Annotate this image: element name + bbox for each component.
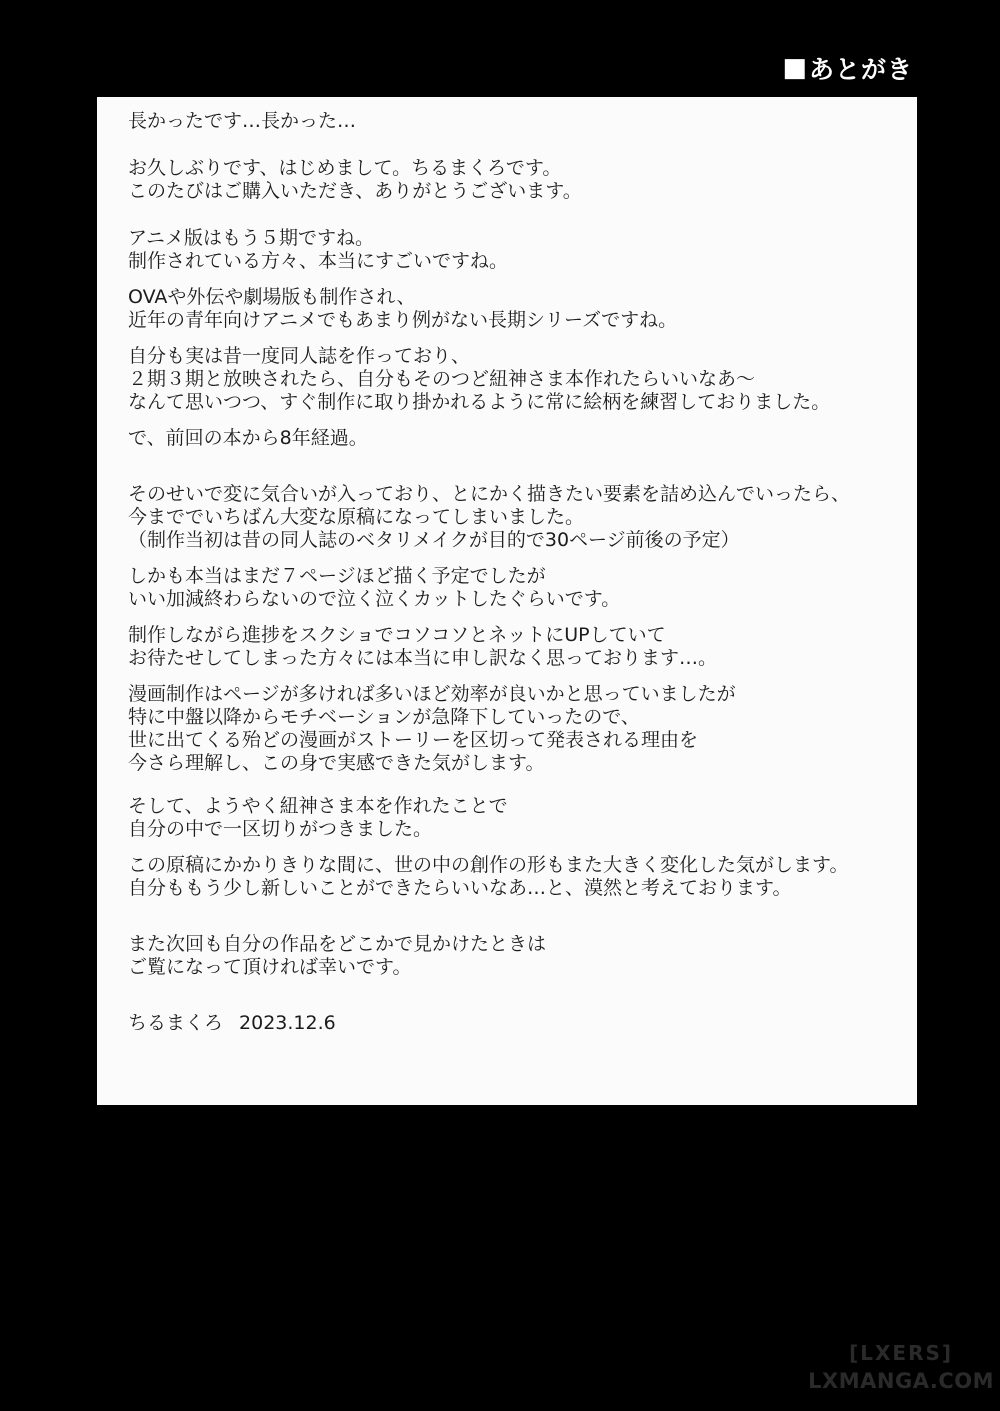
section-marker-icon: ■: [782, 55, 808, 81]
paragraph: OVAや外伝や劇場版も制作され、 近年の青年向けアニメでもあまり例がない長期シリ…: [128, 286, 917, 332]
text-line: この原稿にかかりきりな間に、世の中の創作の形もまた大きく変化した気がします。: [128, 854, 917, 877]
text-line: 長かったです…長かった…: [128, 110, 917, 133]
paragraph: そのせいで変に気合いが入っており、とにかく描きたい要素を詰め込んでいったら、 今…: [128, 483, 917, 552]
paragraph: 長かったです…長かった…: [128, 110, 917, 133]
page-header: ■ あとがき: [782, 50, 913, 86]
paragraph: この原稿にかかりきりな間に、世の中の創作の形もまた大きく変化した気がします。 自…: [128, 854, 917, 900]
paragraph: 自分も実は昔一度同人誌を作っており、 ２期３期と放映されたら、自分もそのつど紐神…: [128, 345, 917, 414]
paragraph: そして、ようやく紐神さま本を作れたことで 自分の中で一区切りがつきました。: [128, 795, 917, 841]
text-line: いい加減終わらないので泣く泣くカットしたぐらいです。: [128, 588, 917, 611]
page-background: ■ あとがき 長かったです…長かった… お久しぶりです、はじめまして。ちるまくろ…: [0, 0, 1000, 1411]
paragraph: 制作しながら進捗をスクショでコソコソとネットにUPしていて お待たせしてしまった…: [128, 624, 917, 670]
site-watermark: [LXERS] LXMANGA.COM: [808, 1340, 994, 1395]
text-line: 自分も実は昔一度同人誌を作っており、: [128, 345, 917, 368]
text-line: 自分ももう少し新しいことができたらいいなあ…と、漠然と考えております。: [128, 877, 917, 900]
text-line: 今さら理解し、この身で実感できた気がします。: [128, 752, 917, 775]
paragraph: で、前回の本から8年経過。: [128, 427, 917, 450]
text-line: 特に中盤以降からモチベーションが急降下していったので、: [128, 706, 917, 729]
text-line: お待たせしてしまった方々には本当に申し訳なく思っております…。: [128, 647, 917, 670]
text-line: また次回も自分の作品をどこかで見かけたときは: [128, 933, 917, 956]
text-line: お久しぶりです、はじめまして。ちるまくろです。: [128, 157, 917, 180]
text-line: 自分の中で一区切りがつきました。: [128, 818, 917, 841]
text-line: 制作しながら進捗をスクショでコソコソとネットにUPしていて: [128, 624, 917, 647]
paragraph: また次回も自分の作品をどこかで見かけたときは ご覧になって頂ければ幸いです。: [128, 933, 917, 979]
text-line: ご覧になって頂ければ幸いです。: [128, 956, 917, 979]
paragraph: アニメ版はもう５期ですね。 制作されている方々、本当にすごいですね。: [128, 227, 917, 273]
signature: ちるまくろ 2023.12.6: [128, 1012, 917, 1035]
page-title: あとがき: [809, 50, 913, 86]
text-line: しかも本当はまだ７ページほど描く予定でしたが: [128, 565, 917, 588]
text-line: 今まででいちばん大変な原稿になってしまいました。: [128, 506, 917, 529]
text-line: 近年の青年向けアニメでもあまり例がない長期シリーズですね。: [128, 309, 917, 332]
text-line: 世に出てくる殆どの漫画がストーリーを区切って発表される理由を: [128, 729, 917, 752]
signature-name: ちるまくろ: [128, 1012, 223, 1035]
paragraph: しかも本当はまだ７ページほど描く予定でしたが いい加減終わらないので泣く泣くカッ…: [128, 565, 917, 611]
signature-date: 2023.12.6: [239, 1012, 336, 1035]
text-line: そのせいで変に気合いが入っており、とにかく描きたい要素を詰め込んでいったら、: [128, 483, 917, 506]
text-line: ２期３期と放映されたら、自分もそのつど紐神さま本作れたらいいなあ～: [128, 368, 917, 391]
text-line: で、前回の本から8年経過。: [128, 427, 917, 450]
afterword-panel: 長かったです…長かった… お久しぶりです、はじめまして。ちるまくろです。 このた…: [97, 97, 917, 1105]
watermark-line1: [LXERS]: [808, 1340, 994, 1367]
text-line: 制作されている方々、本当にすごいですね。: [128, 250, 917, 273]
text-line: このたびはご購入いただき、ありがとうございます。: [128, 180, 917, 203]
paragraph: お久しぶりです、はじめまして。ちるまくろです。 このたびはご購入いただき、ありが…: [128, 157, 917, 203]
watermark-line2: LXMANGA.COM: [808, 1367, 994, 1395]
text-line: そして、ようやく紐神さま本を作れたことで: [128, 795, 917, 818]
text-line: （制作当初は昔の同人誌のベタリメイクが目的で30ページ前後の予定）: [128, 529, 917, 552]
text-line: なんて思いつつ、すぐ制作に取り掛かれるように常に絵柄を練習しておりました。: [128, 391, 917, 414]
text-line: 漫画制作はページが多ければ多いほど効率が良いかと思っていましたが: [128, 683, 917, 706]
paragraph: 漫画制作はページが多ければ多いほど効率が良いかと思っていましたが 特に中盤以降か…: [128, 683, 917, 775]
text-line: OVAや外伝や劇場版も制作され、: [128, 286, 917, 309]
text-line: アニメ版はもう５期ですね。: [128, 227, 917, 250]
